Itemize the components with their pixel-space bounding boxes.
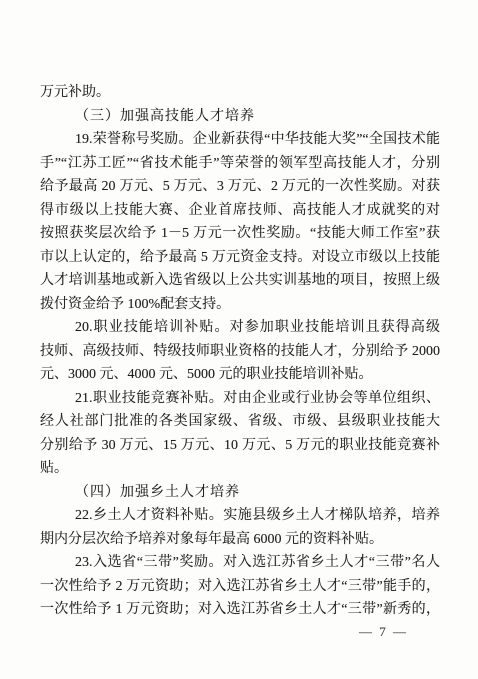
text-segment: 23.入选省“三带”奖励。 [75,555,223,570]
text-segment: 20.职业技能培训补贴。 [75,320,230,335]
text-line: 经人社部门批准的各类国家级、省级、市级、县级职业技能大赛， [40,410,440,434]
text-line: 市以上认定的，给予最高 5 万元资金支持。对设立市级以上技能 [40,246,440,270]
text-line: 分别给予 30 万元、15 万元、10 万元、5 万元的职业技能竞赛补 [40,434,440,458]
text-segment: 市以上认定的，给予最高 5 万元资金支持。对设立市级以上技能 [40,250,440,265]
text-segment: （三）加强高技能人才培养 [75,109,255,124]
text-line: 技师、高级技师、特级技师职业资格的技能人才，分别给予 2000 [40,340,440,364]
text-line: 23.入选省“三带”奖励。对入选江苏省乡土人才“三带”名人的， [40,551,440,575]
text-segment: 对由企业或行业协会等单位组织、 [223,391,440,406]
text-line: 按照获奖层次给予 1－5 万元一次性奖励。“技能大师工作室”获 [40,222,440,246]
text-segment: 分别给予 30 万元、15 万元、10 万元、5 万元的职业技能竞赛补 [40,438,440,453]
text-segment: 人才培训基地或新入选省级以上公共实训基地的项目，按照上级 [40,273,440,288]
text-segment: 19.荣誉称号奖励。 [75,132,193,147]
text-line: 万元补助。 [40,81,440,105]
text-segment: 万元补助。 [40,85,110,100]
text-segment: 21.职业技能竞赛补贴。 [75,391,223,406]
text-segment: 按照获奖层次给予 1－5 万元一次性奖励。“技能大师工作室”获 [40,226,440,241]
document-body: 万元补助。（三）加强高技能人才培养19.荣誉称号奖励。企业新获得“中华技能大奖”… [40,81,440,622]
text-segment: 经人社部门批准的各类国家级、省级、市级、县级职业技能大赛， [40,414,440,434]
text-segment: （四）加强乡土人才培养 [75,485,240,500]
section-heading: （四）加强乡土人才培养 [40,481,440,505]
text-line: 手”“江苏工匠”“省技术能手”等荣誉的领军型高技能人才，分别 [40,152,440,176]
text-line: 一次性给予 1 万元资助；对入选江苏省乡土人才“三带”新秀的， [40,598,440,622]
text-segment: 手”“江苏工匠”“省技术能手”等荣誉的领军型高技能人才，分别 [40,156,440,171]
text-segment: 22.乡土人才资料补贴。 [75,508,223,523]
text-line: 一次性给予 2 万元资助；对入选江苏省乡土人才“三带”能手的， [40,575,440,599]
text-line: 元、3000 元、4000 元、5000 元的职业技能培训补贴。 [40,363,440,387]
text-line: 22.乡土人才资料补贴。实施县级乡土人才梯队培养，培养 [40,504,440,528]
text-segment: 贴。 [40,461,68,476]
text-segment: 技师、高级技师、特级技师职业资格的技能人才，分别给予 2000 [40,344,440,359]
text-segment: 元、3000 元、4000 元、5000 元的职业技能培训补贴。 [40,367,373,382]
text-line: 20.职业技能培训补贴。对参加职业技能培训且获得高级工、 [40,316,440,340]
text-line: 期内分层次给予培养对象每年最高 6000 元的资料补贴。 [40,528,440,552]
section-heading: （三）加强高技能人才培养 [40,105,440,129]
text-segment: 企业新获得“中华技能大奖”“全国技术能 [193,132,440,147]
text-line: 人才培训基地或新入选省级以上公共实训基地的项目，按照上级 [40,269,440,293]
text-segment: 实施县级乡土人才梯队培养，培养 [223,508,440,523]
document-page: 万元补助。（三）加强高技能人才培养19.荣誉称号奖励。企业新获得“中华技能大奖”… [0,0,478,679]
text-segment: 给予最高 20 万元、5 万元、3 万元、2 万元的一次性奖励。对获 [40,179,440,194]
text-line: 给予最高 20 万元、5 万元、3 万元、2 万元的一次性奖励。对获 [40,175,440,199]
text-segment: 期内分层次给予培养对象每年最高 6000 元的资料补贴。 [40,532,383,547]
text-line: 拨付资金给予 100%配套支持。 [40,293,440,317]
text-segment: 拨付资金给予 100%配套支持。 [40,297,230,312]
text-line: 得市级以上技能大赛、企业首席技师、高技能人才成就奖的对象， [40,199,440,223]
text-line: 19.荣誉称号奖励。企业新获得“中华技能大奖”“全国技术能 [40,128,440,152]
text-line: 21.职业技能竞赛补贴。对由企业或行业协会等单位组织、 [40,387,440,411]
text-segment: 得市级以上技能大赛、企业首席技师、高技能人才成就奖的对象， [40,203,440,223]
page-number: — 7 — [359,624,408,640]
text-segment: 一次性给予 2 万元资助；对入选江苏省乡土人才“三带”能手的， [40,579,440,594]
text-segment: 一次性给予 1 万元资助；对入选江苏省乡土人才“三带”新秀的， [40,602,440,617]
text-line: 贴。 [40,457,440,481]
